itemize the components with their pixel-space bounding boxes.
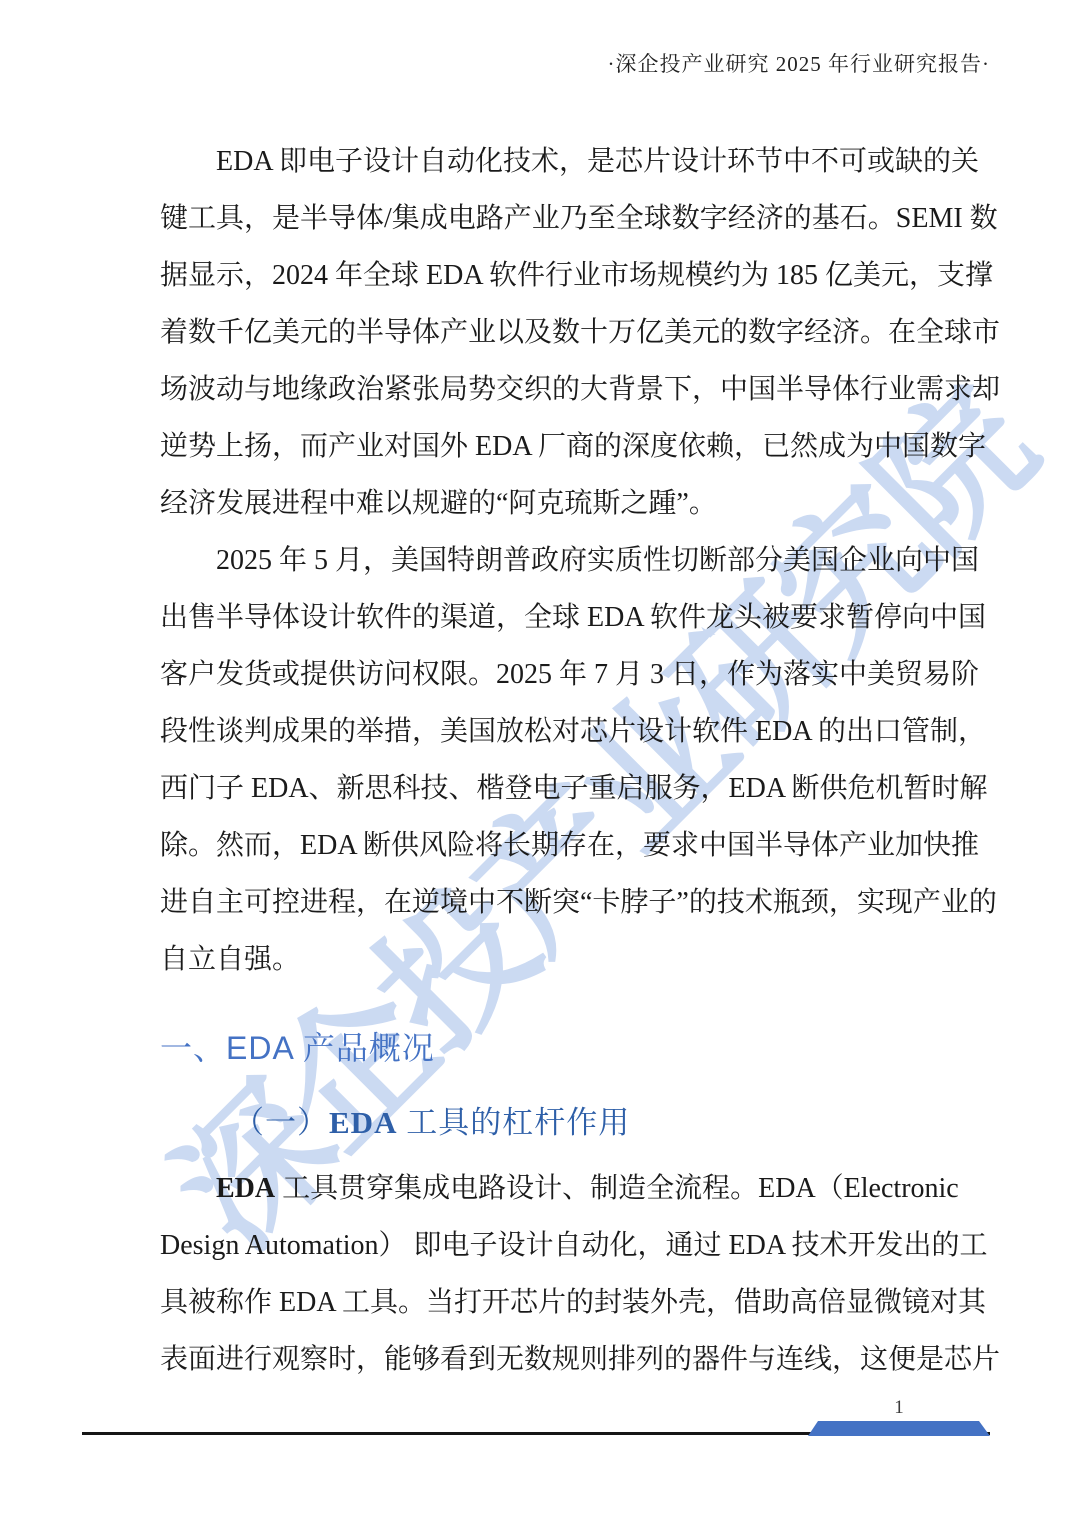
body-line: EDA 工具贯穿集成电路设计、制造全流程。EDA（Electronic bbox=[160, 1160, 927, 1217]
body-text-block: EDA 即电子设计自动化技术，是芯片设计环节中不可或缺的关 键工具，是半导体/集… bbox=[160, 133, 927, 988]
footer-accent-bar bbox=[808, 1421, 990, 1436]
subsection-heading-eda: EDA bbox=[329, 1105, 397, 1140]
body-line: 自立自强。 bbox=[160, 931, 927, 988]
body-line: EDA 即电子设计自动化技术，是芯片设计环节中不可或缺的关 bbox=[160, 133, 927, 190]
body-text-block: EDA 工具贯穿集成电路设计、制造全流程。EDA（Electronic Desi… bbox=[160, 1160, 927, 1388]
subsection-heading-prefix: （一） bbox=[233, 1105, 329, 1140]
subsection-heading-rest: 工具的杠杆作用 bbox=[397, 1105, 630, 1140]
body-line: Design Automation） 即电子设计自动化，通过 EDA 技术开发出… bbox=[160, 1217, 927, 1274]
page-number: 1 bbox=[808, 1396, 990, 1420]
body-line: 客户发货或提供访问权限。2025 年 7 月 3 日，作为落实中美贸易阶 bbox=[160, 646, 927, 703]
body-line: 出售半导体设计软件的渠道，全球 EDA 软件龙头被要求暂停向中国 bbox=[160, 589, 927, 646]
body-line: 进自主可控进程，在逆境中不断突“卡脖子”的技术瓶颈，实现产业的 bbox=[160, 874, 927, 931]
body-line: 场波动与地缘政治紧张局势交织的大背景下，中国半导体行业需求却 bbox=[160, 361, 927, 418]
section-heading: 一、EDA 产品概况 bbox=[160, 1026, 927, 1070]
body-line: 2025 年 5 月，美国特朗普政府实质性切断部分美国企业向中国 bbox=[160, 532, 927, 589]
page-header-title: ·深企投产业研究 2025 年行业研究报告· bbox=[608, 48, 991, 78]
body-line: 西门子 EDA、新思科技、楷登电子重启服务，EDA 断供危机暂时解 bbox=[160, 760, 927, 817]
body-line: 具被称作 EDA 工具。当打开芯片的封装外壳，借助高倍显微镜对其 bbox=[160, 1274, 927, 1331]
body-line: 段性谈判成果的举措，美国放松对芯片设计软件 EDA 的出口管制， bbox=[160, 703, 927, 760]
body-line-rest: 工具贯穿集成电路设计、制造全流程。EDA（Electronic bbox=[275, 1173, 959, 1204]
body-line: 键工具，是半导体/集成电路产业乃至全球数字经济的基石。SEMI 数 bbox=[160, 190, 927, 247]
subsection-heading: （一）EDA 工具的杠杆作用 bbox=[160, 1100, 927, 1146]
body-line: 经济发展进程中难以规避的“阿克琉斯之踵”。 bbox=[160, 475, 927, 532]
body-line: 据显示，2024 年全球 EDA 软件行业市场规模约为 185 亿美元，支撑 bbox=[160, 247, 927, 304]
body-line: 逆势上扬，而产业对国外 EDA 厂商的深度依赖，已然成为中国数字 bbox=[160, 418, 927, 475]
body-line-bold: EDA bbox=[216, 1173, 275, 1204]
report-page: 深企投产业研究院 ·深企投产业研究 2025 年行业研究报告· EDA 即电子设… bbox=[0, 0, 1080, 1527]
body-line: 除。然而，EDA 断供风险将长期存在，要求中国半导体产业加快推 bbox=[160, 817, 927, 874]
body-line: 着数千亿美元的半导体产业以及数十万亿美元的数字经济。在全球市 bbox=[160, 304, 927, 361]
body-line: 表面进行观察时，能够看到无数规则排列的器件与连线，这便是芯片 bbox=[160, 1331, 927, 1388]
